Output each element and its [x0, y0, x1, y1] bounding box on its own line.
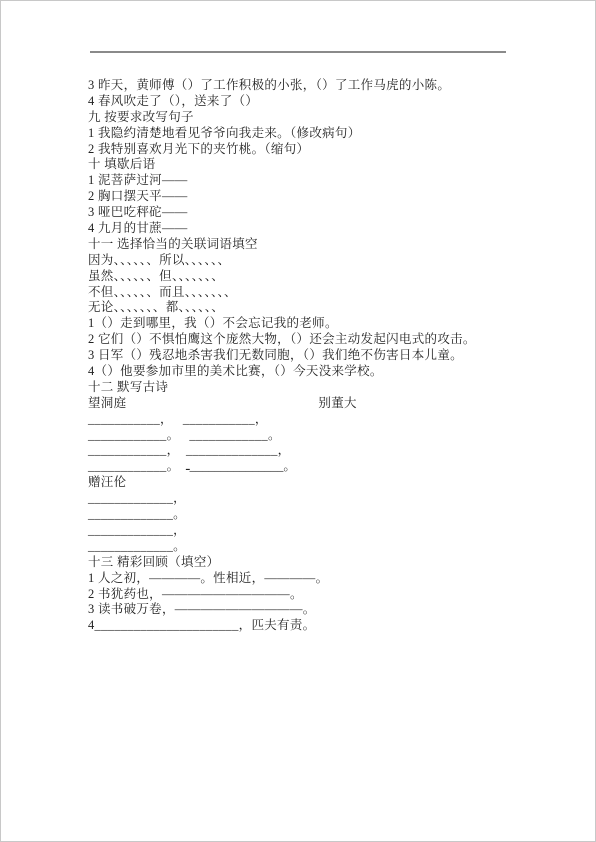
section-heading-eleven: 十一 选择恰当的关联词语填空: [88, 237, 558, 253]
question-line: 2 我特别喜欢月光下的夹竹桃。（缩句）: [88, 142, 558, 158]
question-line: 2 它们（）不惧怕鹰这个庞然大物，（）还会主动发起闪电式的攻击。: [88, 332, 558, 348]
question-line: 4 春风吹走了（），送来了（）: [88, 94, 558, 110]
conjunction-option-line: 无论、、、、、、、都、、、、、、: [88, 300, 558, 316]
question-line: 4（）他要参加市里的美术比赛，（）今天没来学校。: [88, 364, 558, 380]
question-line: 3 日军（）残忍地杀害我们无数同胞，（）我们绝不伤害日本儿童。: [88, 348, 558, 364]
xiehouyu-line: 4 九月的甘蔗——: [88, 221, 558, 237]
section-heading-nine: 九 按要求改写句子: [88, 110, 558, 126]
fill-in-quote-line: 2 书犹药也，——————————。: [88, 587, 558, 603]
fill-in-quote-line: 3 读书破万卷，——————————。: [88, 602, 558, 618]
xiehouyu-line: 3 哑巴吃秤砣——: [88, 205, 558, 221]
poem-titles-row: 望洞庭 别董大: [88, 396, 558, 412]
xiehouyu-line: 1 泥菩萨过河——: [88, 173, 558, 189]
poem-blank-line: ___________， ___________，: [88, 412, 558, 428]
poem-blank-line: _____________。: [88, 539, 558, 555]
question-line: 1 我隐约清楚地看见爷爷向我走来。（修改病句）: [88, 126, 558, 142]
conjunction-option-line: 虽然、、、、、、但、、、、、、、: [88, 269, 558, 285]
section-heading-thirteen: 十三 精彩回顾（填空）: [88, 555, 558, 571]
page-header-rule: [90, 51, 506, 53]
question-line: 1（）走到哪里，我（）不会忘记我的老师。: [88, 316, 558, 332]
document-page: 3 昨天，黄师傅（）了工作积极的小张，（）了工作马虎的小陈。 4 春风吹走了（）…: [0, 0, 596, 842]
question-line: 3 昨天，黄师傅（）了工作积极的小张，（）了工作马虎的小陈。: [88, 78, 558, 94]
poem-blank-line: ____________。 ____________。: [88, 428, 558, 444]
conjunction-option-line: 因为、、、、、、所以、、、、、、: [88, 253, 558, 269]
xiehouyu-line: 2 胸口摆天平——: [88, 189, 558, 205]
document-body: 3 昨天，黄师傅（）了工作积极的小张，（）了工作马虎的小陈。 4 春风吹走了（）…: [88, 78, 558, 634]
fill-in-quote-line: 4______________________，匹夫有责。: [88, 618, 558, 634]
conjunction-option-line: 不但、、、、、、而且、、、、、、、: [88, 285, 558, 301]
poem-blank-line: _____________，: [88, 523, 558, 539]
section-heading-twelve: 十二 默写古诗: [88, 380, 558, 396]
section-heading-ten: 十 填歇后语: [88, 157, 558, 173]
poem-blank-line: _____________。: [88, 507, 558, 523]
poem-blank-line: _____________，: [88, 491, 558, 507]
poem-title-zengwanglun: 赠汪伦: [88, 475, 558, 491]
poem-blank-line: ____________。 ـ_______________。: [88, 459, 558, 475]
poem-blank-line: ____________， ______________，: [88, 443, 558, 459]
fill-in-quote-line: 1 人之初，————。性相近，————。: [88, 571, 558, 587]
